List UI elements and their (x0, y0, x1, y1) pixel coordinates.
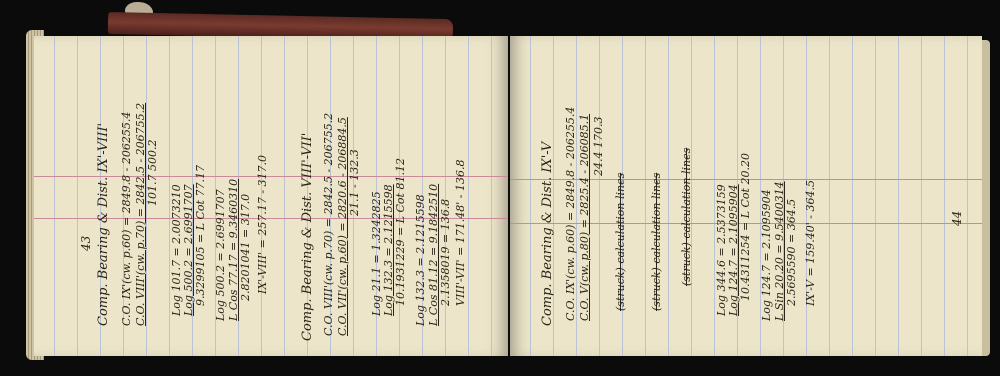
calc-line: 10.4311254 = L Cot 20.20 (739, 153, 752, 301)
page-number: 44 (950, 211, 964, 226)
calc-line: 9.3299105 = L Cot 77.17 (194, 165, 207, 306)
calc-line: 10.1931229 = L Cot 81.12 (394, 158, 407, 306)
calc-line: C.O. VIII'(cw. p.70) = 2842.5 - 206755.2 (322, 113, 335, 336)
page-number: 43 (79, 236, 93, 251)
calc-result: VIII'-VII' = 171.48' - 136.8 (454, 159, 467, 306)
calc-line: C.O. IX'(cw. p.60) = 2849.8 - 206255.4 (120, 112, 133, 326)
section-title: Comp. Bearing & Dist. VIII'-VII' (300, 133, 315, 341)
calc-line: 21.1 - 132.3 (348, 149, 361, 216)
calc-line: Log 500.2 = 2.6991707 (214, 189, 227, 321)
calc-line: C.O. V(cw. p.80) = 2825.4 - 206085.1 (578, 114, 591, 321)
section-title: Comp. Bearing & Dist. IX'-V (540, 142, 555, 326)
right-page: Comp. Bearing & Dist. IX'-V C.O. IX'(cw.… (510, 36, 982, 356)
calc-line: 2.5695590 = 364.5 (785, 199, 798, 306)
calc-line: 24.4 170.3 (592, 117, 605, 176)
calc-line: 2.8201041 = 317.0 (239, 194, 252, 301)
calc-line: 2.1358019 = 136.8 (439, 199, 452, 306)
calc-line: C.O. IX'(cw. p.60) = 2849.8 - 206255.4 (564, 107, 577, 321)
struck-calc-line: (struck) calculation lines (680, 148, 693, 286)
section-title: Comp. Bearing & Dist. IX'-VIII' (96, 123, 111, 326)
calc-result: IX'-V = 159.40' - 364.5 (804, 180, 817, 306)
calc-line: 101.7 500.2 (146, 140, 159, 206)
struck-calc-line: (struck) calculation lines (650, 173, 663, 311)
calc-line: Log 124.7 = 2.1095904 (760, 189, 773, 321)
left-page: 43 Comp. Bearing & Dist. IX'-VIII' C.O. … (34, 36, 508, 356)
page-edge (982, 40, 990, 356)
calc-line: Log 132.3 = 2.1215598 (414, 194, 427, 326)
calc-result: IX'-VIII' = 257.17 - 317.0 (256, 155, 269, 294)
calc-line: C.O. VIII'(cw. p.70) = 2842.5 - 206755.2 (134, 103, 147, 326)
struck-calc-line: (struck) calculation lines (614, 173, 627, 311)
